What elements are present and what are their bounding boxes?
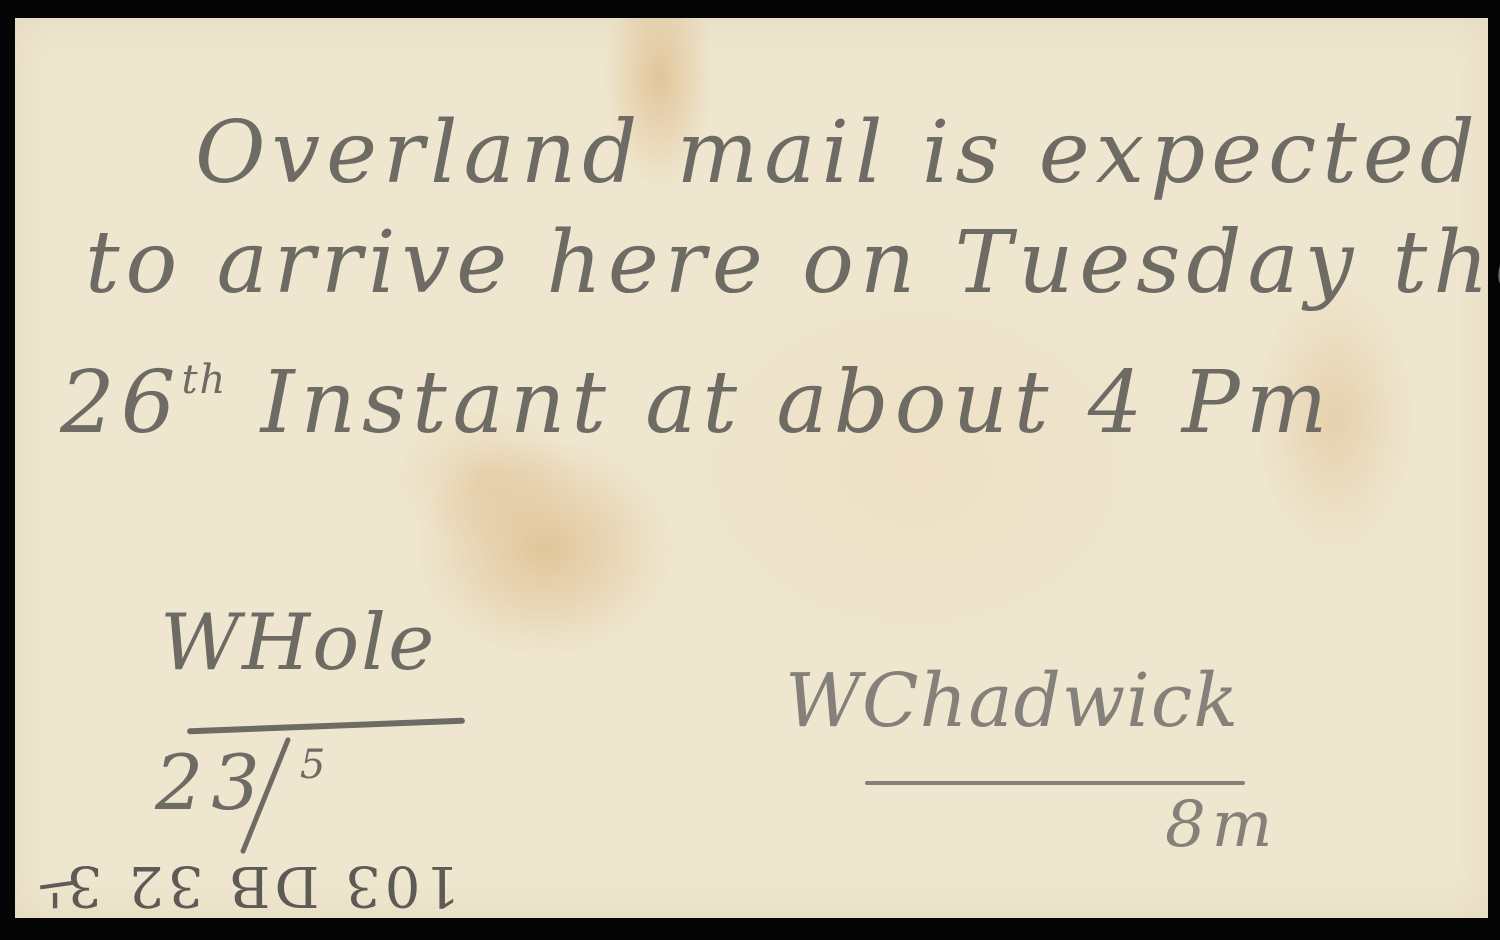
date-left-day: 23 [155, 738, 268, 827]
date-ordinal: th [181, 357, 227, 403]
catalog-number-inverted: 103 DB 32 3' [40, 853, 460, 918]
signature-right: WChadwick [785, 658, 1239, 744]
document-card: Overland mail is expected to arrive here… [15, 18, 1488, 918]
date-day: 26 [60, 353, 181, 453]
signature-right-underline [865, 781, 1245, 785]
body-line-1: Overland mail is expected [195, 103, 1481, 203]
signature-left: WHole [160, 598, 436, 688]
signature-right-suffix: 8m [1165, 788, 1278, 862]
signature-left-underline [187, 718, 465, 735]
date-left: 23 5 [155, 738, 327, 827]
body-line-3: 26th Instant at about 4 Pm [60, 353, 1333, 453]
scan-viewport: Overland mail is expected to arrive here… [0, 0, 1500, 940]
body-line-2: to arrive here on Tuesday the [85, 213, 1500, 313]
body-line-3-text: Instant at about 4 Pm [261, 353, 1334, 453]
date-left-month: 5 [300, 742, 327, 788]
